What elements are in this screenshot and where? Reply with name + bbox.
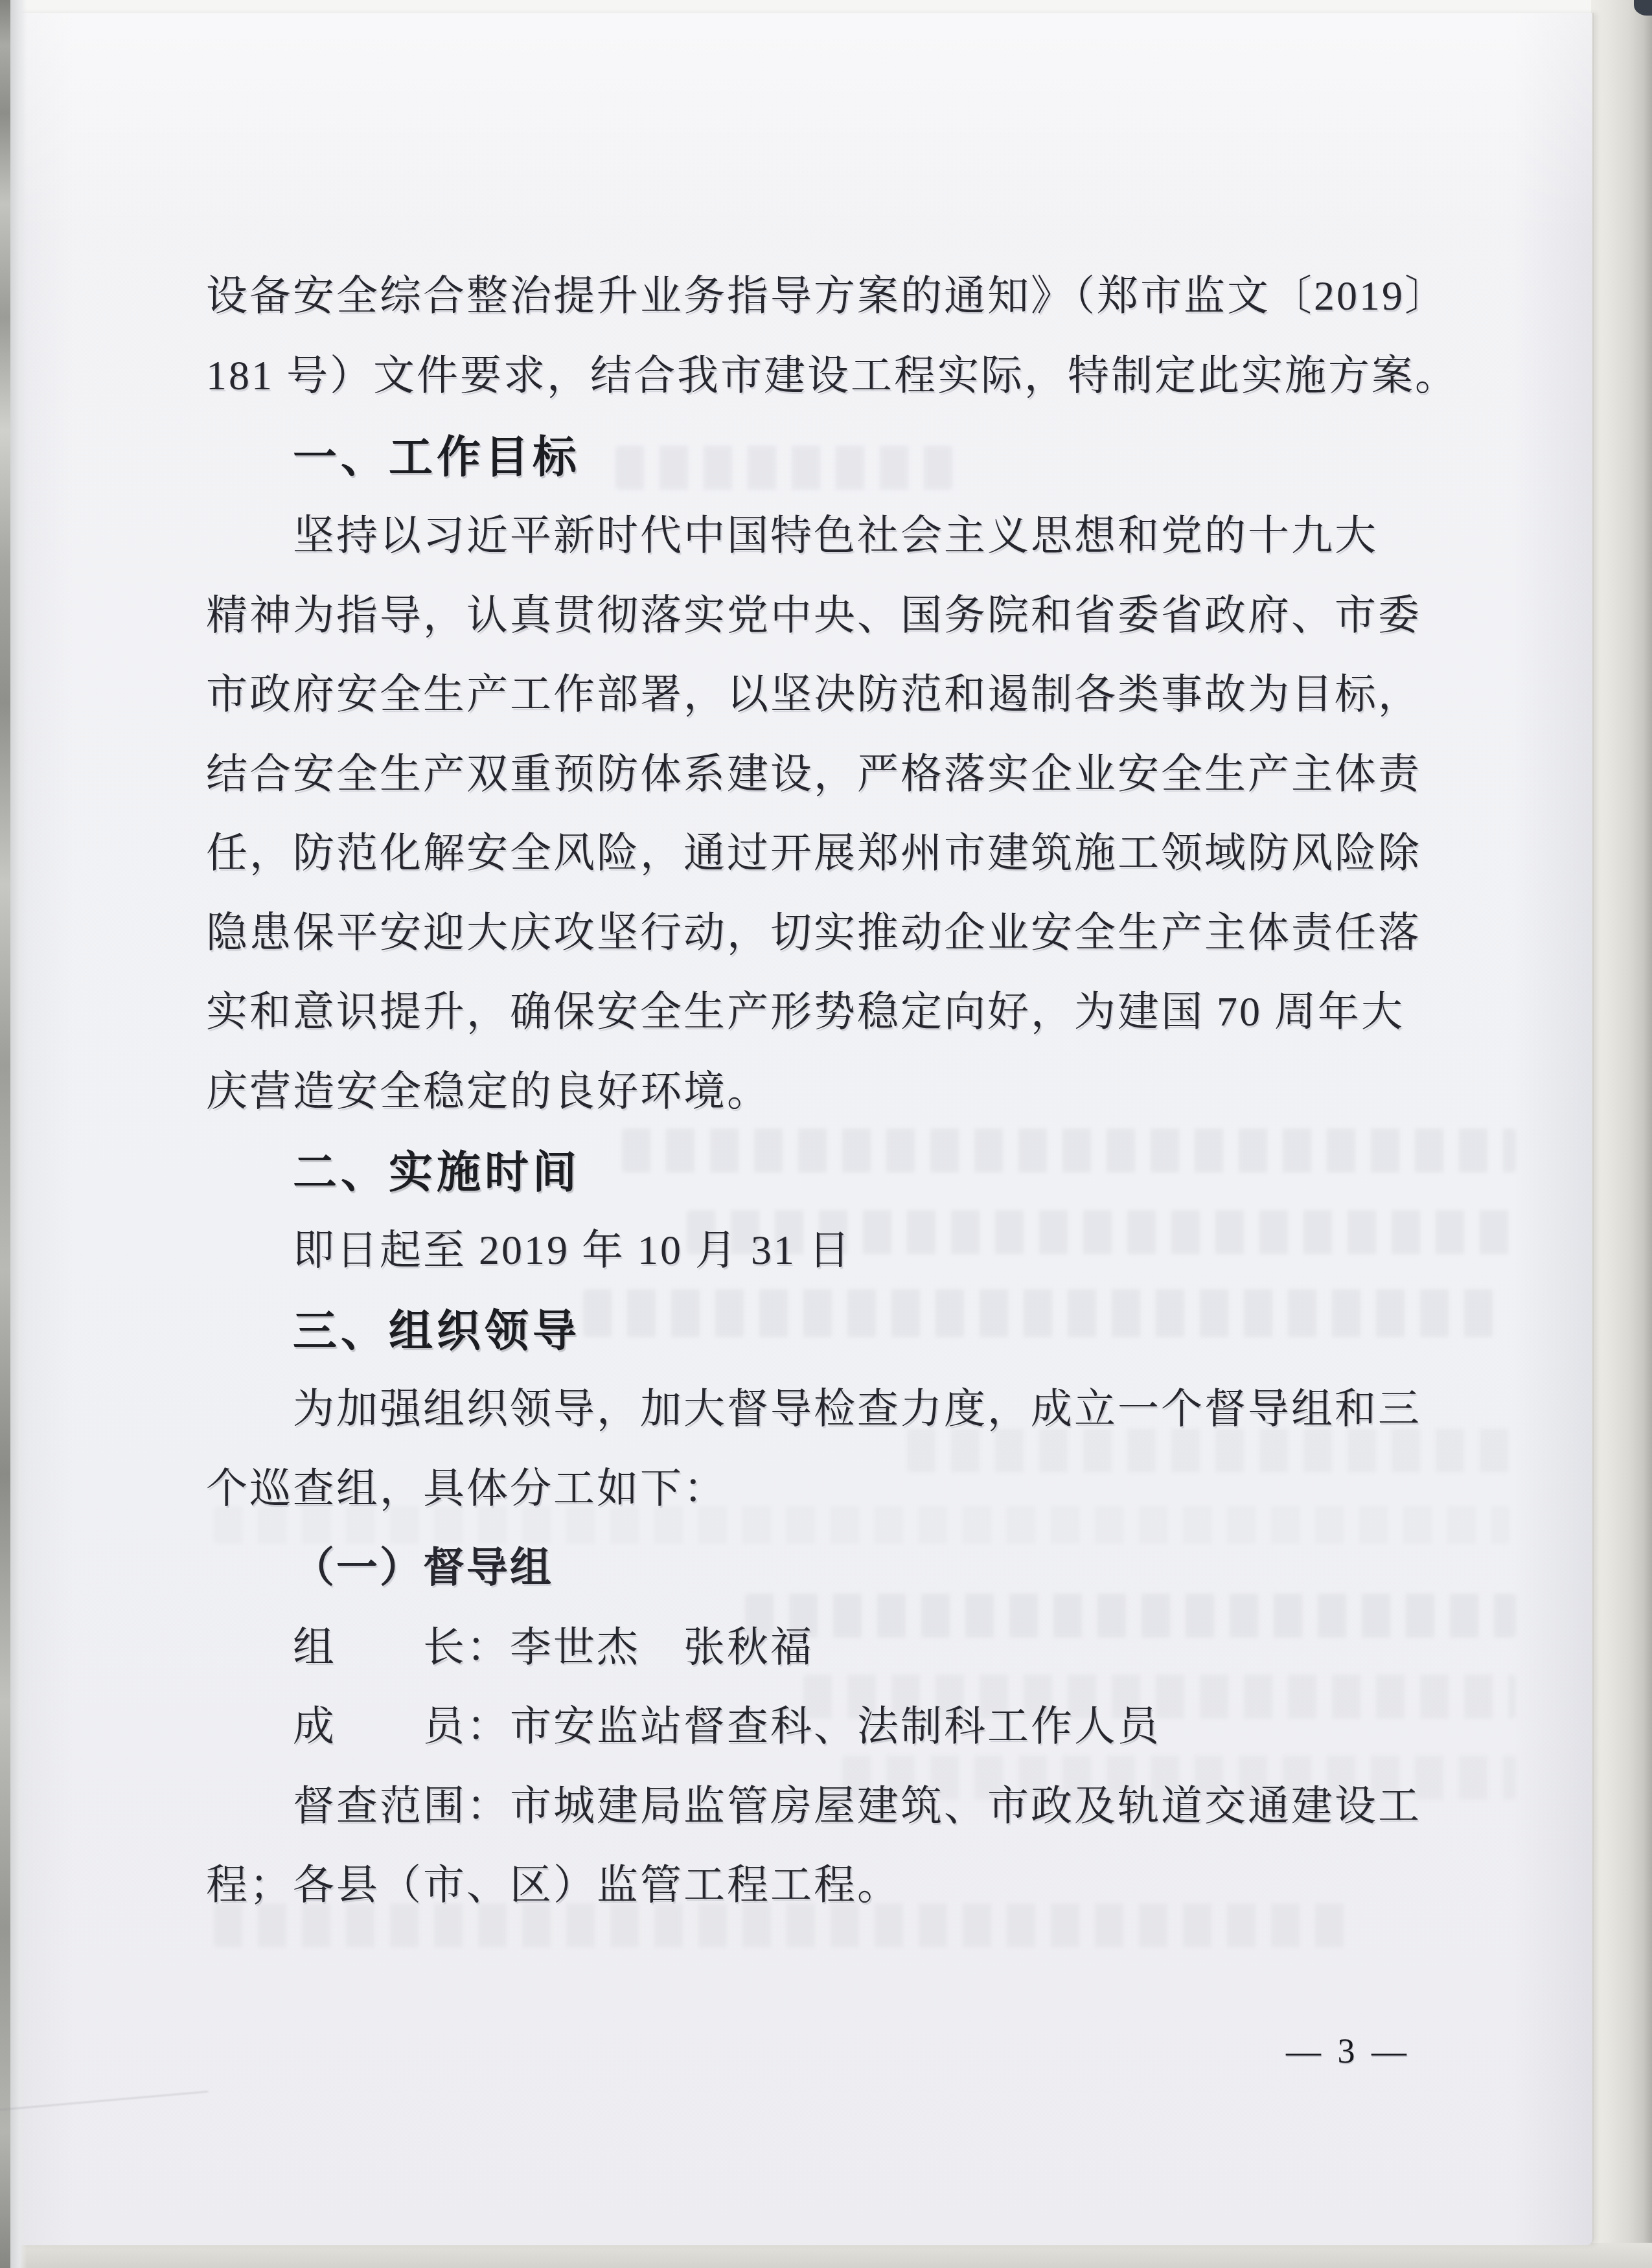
role-line-scope: 督查范围：市城建局监管房屋建筑、市政及轨道交通建设工 [293, 1785, 1421, 1827]
booklet-left-page-edges [0, 0, 10, 2268]
para-line: 精神为指导，认真贯彻落实党中央、国务院和省委省政府、市委 [206, 595, 1421, 636]
para-line: 市政府安全生产工作部署，以坚决防范和遏制各类事故为目标， [206, 674, 1421, 715]
subsection-heading-supervision-group: （一）督导组 [293, 1547, 553, 1588]
ink-bleed-through [214, 1506, 1509, 1544]
para-line: 个巡查组，具体分工如下： [206, 1468, 727, 1509]
para-line: 坚持以习近平新时代中国特色社会主义思想和党的十九大 [293, 515, 1378, 556]
ink-bleed-through [622, 1128, 1516, 1173]
scan-background: 设备安全综合整治提升业务指导方案的通知》（郑市监文〔2019〕 181 号）文件… [0, 0, 1652, 2268]
para-line: 实和意识提升，确保安全生产形势稳定向好，为建国 70 周年大 [206, 991, 1405, 1033]
para-line: 庆营造安全稳定的良好环境。 [206, 1071, 770, 1112]
role-line-scope-wrap: 程；各县（市、区）监管工程工程。 [206, 1864, 901, 1906]
role-line-group-leader: 组 长：李世杰 张秋福 [293, 1627, 814, 1668]
section-heading-work-goals: 一、工作目标 [293, 435, 580, 479]
continuation-line-2: 181 号）文件要求，结合我市建设工程实际，特制定此实施方案。 [206, 355, 1458, 396]
under-page-right-edge [1591, 0, 1652, 2268]
page-number: — 3 — [1286, 2031, 1410, 2071]
ink-bleed-through [214, 1903, 1348, 1947]
continuation-line-1: 设备安全综合整治提升业务指导方案的通知》（郑市监文〔2019〕 [206, 275, 1448, 317]
under-page-bottom-edge [0, 2243, 1652, 2268]
section-heading-implementation-time: 二、实施时间 [293, 1151, 580, 1195]
role-line-members: 成 员：市安监站督查科、法制科工作人员 [293, 1706, 1161, 1747]
ink-bleed-through [615, 446, 952, 490]
ink-bleed-through [907, 1428, 1509, 1472]
para-line-date-range: 即日起至 2019 年 10 月 31 日 [293, 1230, 852, 1271]
para-line: 隐患保平安迎大庆攻坚行动，切实推动企业安全生产主体责任落 [206, 912, 1421, 954]
ink-bleed-through [745, 1594, 1516, 1638]
ink-bleed-through [583, 1289, 1503, 1337]
para-line: 为加强组织领导，加大督导检查力度，成立一个督导组和三 [293, 1388, 1421, 1430]
para-line: 结合安全生产双重预防体系建设，严格落实企业安全生产主体责 [206, 753, 1421, 795]
section-heading-organization-leadership: 三、组织领导 [293, 1309, 580, 1353]
para-line: 任，防范化解安全风险，通过开展郑州市建筑施工领域防风险除 [206, 832, 1421, 874]
booklet-left-edge-shadow [10, 0, 27, 2268]
